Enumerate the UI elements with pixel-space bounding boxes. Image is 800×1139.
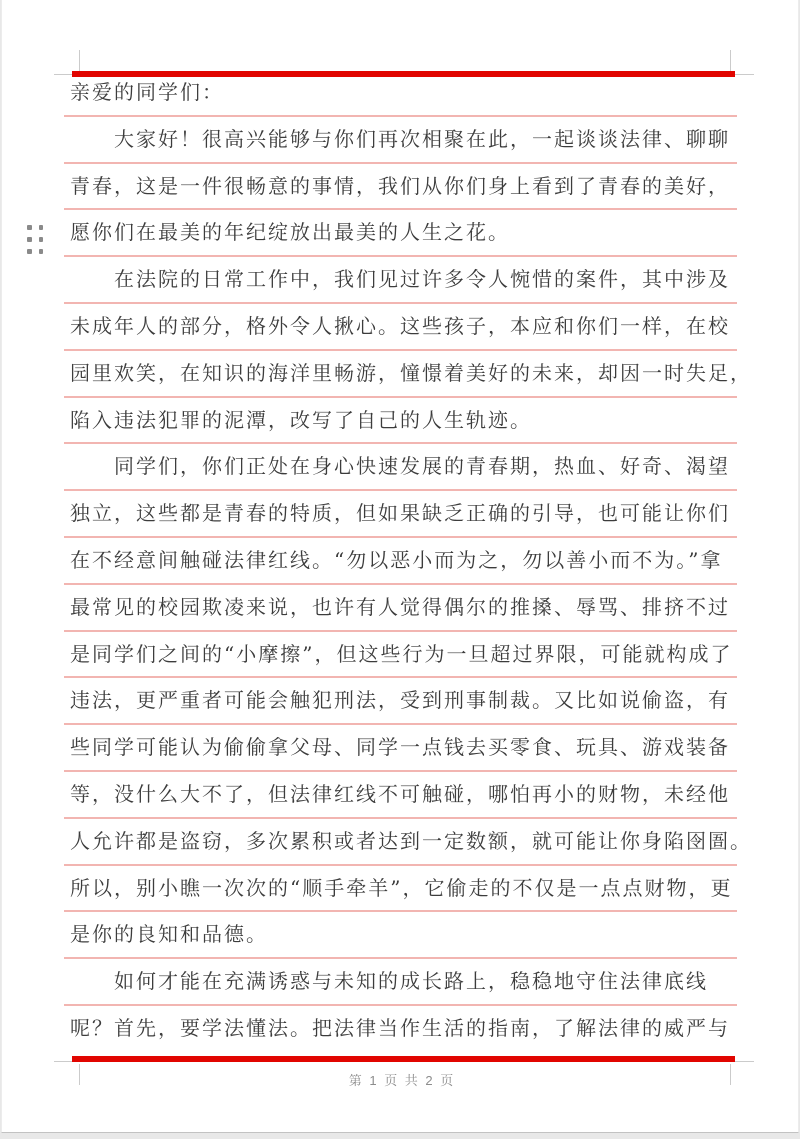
drag-handle-dot: [39, 237, 44, 242]
margin-crop-mark-top-right-vertical: [730, 50, 731, 71]
text-line: 呢？首先，要学法懂法。把法律当作生活的指南，了解法律的威严与: [64, 1006, 737, 1053]
margin-crop-mark-top-left-vertical: [79, 50, 80, 71]
text-line: 些同学可能认为偷偷拿父母、同学一点钱去买零食、玩具、游戏装备: [64, 725, 737, 772]
text-line: 亲爱的同学们：: [64, 70, 737, 117]
page-number-footer: 第 1 页 共 2 页: [2, 1070, 800, 1089]
text-line: 是你的良知和品德。: [64, 912, 737, 959]
document-page: 亲爱的同学们：大家好！很高兴能够与你们再次相聚在此，一起谈谈法律、聊聊青春，这是…: [1, 0, 799, 1133]
drag-handle-dot: [39, 249, 44, 254]
text-line: 在法院的日常工作中，我们见过许多令人惋惜的案件，其中涉及: [64, 257, 737, 304]
drag-handle-dot: [39, 225, 44, 230]
drag-handle-dot: [27, 249, 32, 254]
bottom-red-rule: [72, 1056, 735, 1062]
text-line: 所以，别小瞧一次次的“顺手牵羊”，它偷走的不仅是一点点财物，更: [64, 866, 737, 913]
margin-crop-mark-top-right-horizontal: [735, 74, 754, 75]
text-line: 最常见的校园欺凌来说，也许有人觉得偶尔的推搡、辱骂、排挤不过: [64, 585, 737, 632]
six-dot-drag-handle-icon[interactable]: [27, 225, 43, 254]
text-line: 是同学们之间的“小摩擦”，但这些行为一旦超过界限，可能就构成了: [64, 632, 737, 679]
text-line: 如何才能在充满诱惑与未知的成长路上，稳稳地守住法律底线: [64, 959, 737, 1006]
drag-handle-dot: [27, 225, 32, 230]
text-line: 违法，更严重者可能会触犯刑法，受到刑事制裁。又比如说偷盗，有: [64, 678, 737, 725]
margin-crop-mark-bottom-left-horizontal: [54, 1061, 73, 1062]
text-line: 园里欢笑，在知识的海洋里畅游，憧憬着美好的未来，却因一时失足，: [64, 351, 737, 398]
text-line: 在不经意间触碰法律红线。“勿以恶小而为之，勿以善小而不为。”拿: [64, 538, 737, 585]
document-body: 亲爱的同学们：大家好！很高兴能够与你们再次相聚在此，一起谈谈法律、聊聊青春，这是…: [64, 70, 737, 1053]
text-line: 大家好！很高兴能够与你们再次相聚在此，一起谈谈法律、聊聊: [64, 117, 737, 164]
text-line: 青春，这是一件很畅意的事情，我们从你们身上看到了青春的美好，: [64, 164, 737, 211]
text-line: 等，没什么大不了，但法律红线不可触碰，哪怕再小的财物，未经他: [64, 772, 737, 819]
text-line: 人允许都是盗窃，多次累积或者达到一定数额，就可能让你身陷囹圄。: [64, 819, 737, 866]
text-line: 同学们，你们正处在身心快速发展的青春期，热血、好奇、渴望: [64, 444, 737, 491]
text-line: 未成年人的部分，格外令人揪心。这些孩子，本应和你们一样，在校: [64, 304, 737, 351]
text-line: 独立，这些都是青春的特质，但如果缺乏正确的引导，也可能让你们: [64, 491, 737, 538]
margin-crop-mark-bottom-right-horizontal: [735, 1061, 754, 1062]
top-red-rule: [72, 71, 735, 77]
drag-handle-dot: [27, 237, 32, 242]
text-line: 陷入违法犯罪的泥潭，改写了自己的人生轨迹。: [64, 398, 737, 445]
text-line: 愿你们在最美的年纪绽放出最美的人生之花。: [64, 210, 737, 257]
